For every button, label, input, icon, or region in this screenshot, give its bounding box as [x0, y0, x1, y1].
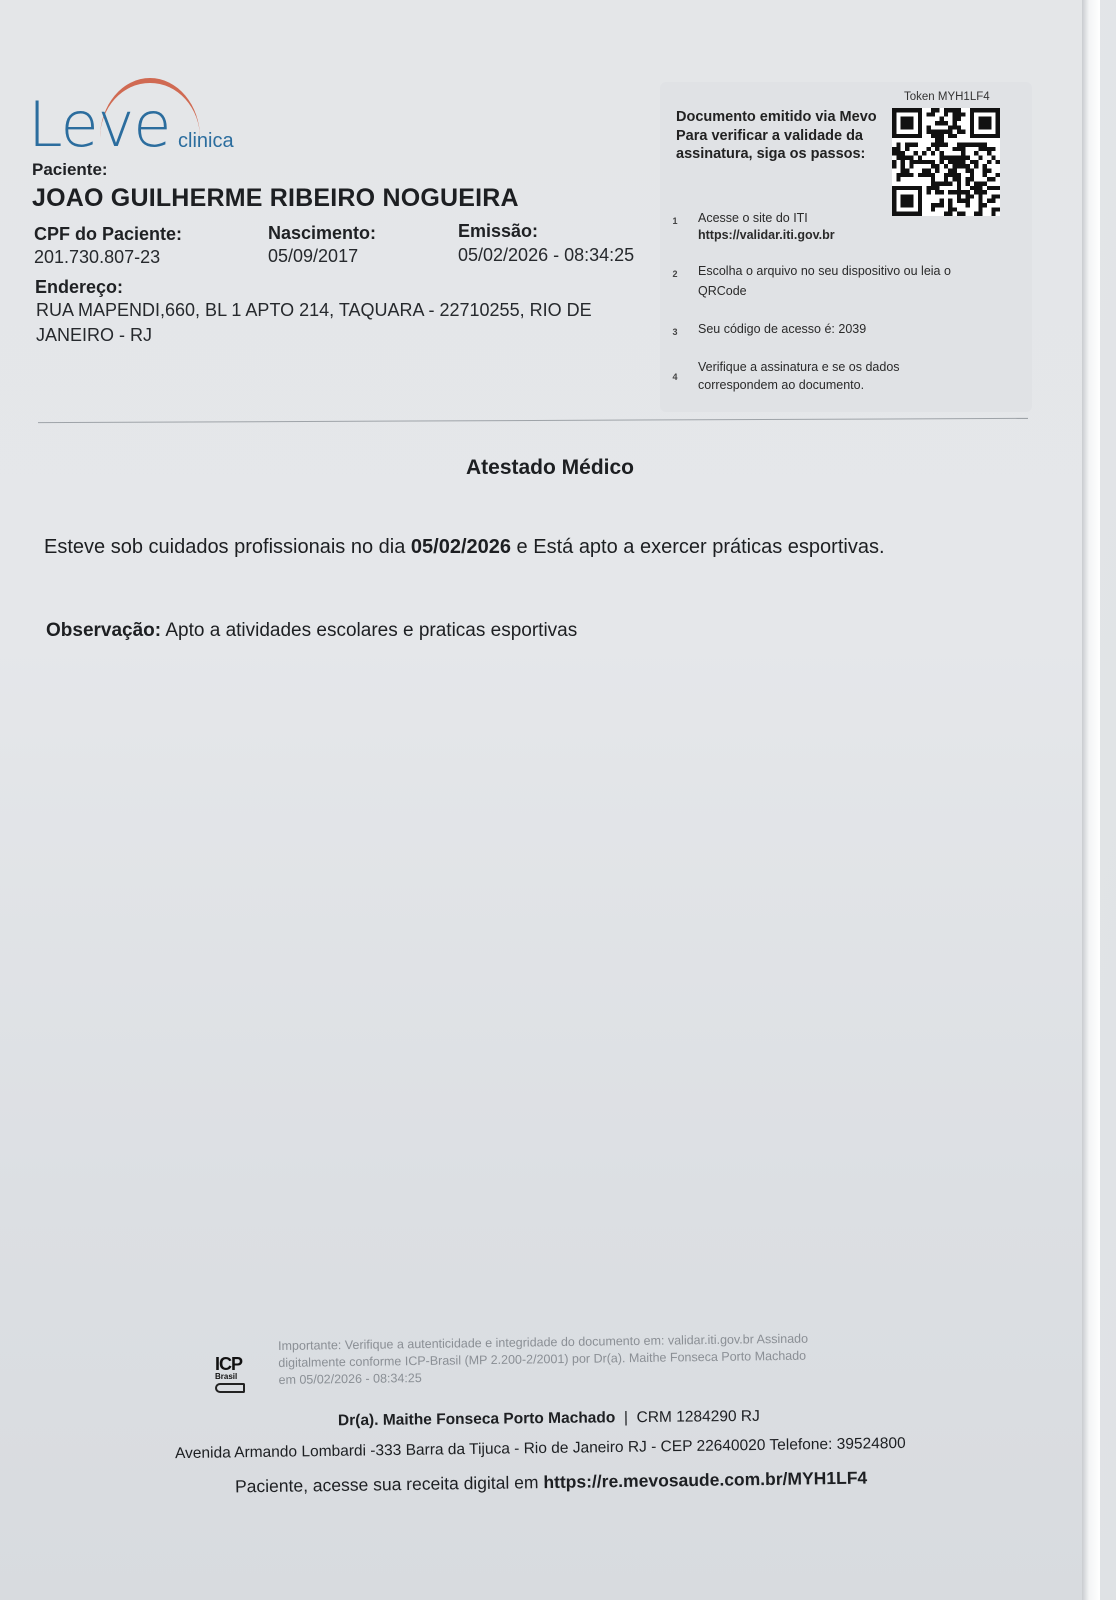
statement-text: Esteve sob cuidados profissionais no dia… — [44, 536, 885, 559]
step-text: Acesse o site do ITI — [698, 210, 808, 227]
address-line-1: RUA MAPENDI,660, BL 1 APTO 214, TAQUARA … — [36, 300, 592, 321]
token-label: Token MYH1LF4 — [904, 91, 990, 103]
birth-label: Nascimento: — [268, 223, 376, 244]
key-icon — [215, 1383, 245, 1393]
cpf-label: CPF do Paciente: — [34, 224, 182, 245]
address-line-2: JANEIRO - RJ — [36, 325, 152, 346]
step-number: 4 — [668, 369, 682, 386]
step-text: Verifique a assinatura e se os dados — [698, 359, 900, 376]
header-divider — [38, 418, 1028, 423]
verification-title: Documento emitido via Mevo Para verifica… — [676, 108, 877, 164]
step-number: 1 — [668, 213, 682, 230]
verification-title-line: assinatura, siga os passos: — [676, 145, 877, 164]
logo-sub: clinica — [178, 130, 234, 153]
step-text: Seu código de acesso é: 2039 — [698, 321, 866, 338]
patient-label: Paciente: — [32, 160, 108, 180]
icp-logo-text: ICP — [215, 1356, 255, 1372]
icp-logo-sub: Brasil — [215, 1372, 255, 1381]
cpf-value: 201.730.807-23 — [34, 247, 160, 268]
doctor-crm: CRM 1284290 RJ — [636, 1408, 759, 1426]
step-text: QRCode — [698, 283, 747, 300]
statement-date: 05/02/2026 — [411, 536, 511, 558]
step-text: Escolha o arquivo no seu dispositivo ou … — [698, 263, 951, 280]
observation-label: Observação: — [46, 620, 161, 641]
signature-notice: Importante: Verifique a autenticidade e … — [278, 1331, 809, 1389]
separator: | — [615, 1409, 636, 1426]
access-link[interactable]: https://re.mevosaude.com.br/MYH1LF4 — [543, 1468, 867, 1493]
logo-word: Leve — [28, 88, 170, 161]
clinic-address: Avenida Armando Lombardi -333 Barra da T… — [175, 1435, 906, 1463]
step-link[interactable]: https://validar.iti.gov.br — [698, 227, 835, 244]
document-page: Leve clinica Paciente: JOAO GUILHERME RI… — [0, 0, 1100, 1600]
page-edge — [1082, 0, 1100, 1600]
issue-label: Emissão: — [458, 221, 538, 242]
observation-value: Apto a atividades escolares e praticas e… — [161, 620, 577, 641]
access-prefix: Paciente, acesse sua receita digital em — [235, 1472, 544, 1496]
issue-value: 05/02/2026 - 08:34:25 — [458, 245, 634, 266]
document-title: Atestado Médico — [0, 456, 1100, 480]
doctor-signature: Dr(a). Maithe Fonseca Porto Machado | CR… — [338, 1408, 760, 1430]
clinic-logo: Leve clinica — [28, 74, 258, 164]
observation-text: Observação: Apto a atividades escolares … — [46, 620, 577, 642]
step-number: 3 — [668, 324, 682, 341]
digital-access-text: Paciente, acesse sua receita digital em … — [235, 1468, 867, 1498]
statement-suffix: e Está apto a exercer práticas esportiva… — [511, 536, 885, 558]
step-text: correspondem ao documento. — [698, 377, 864, 394]
qr-code-icon[interactable] — [892, 108, 1000, 216]
step-number: 2 — [668, 266, 682, 283]
verification-panel: Documento emitido via Mevo Para verifica… — [660, 82, 1032, 412]
statement-prefix: Esteve sob cuidados profissionais no dia — [44, 536, 411, 558]
patient-name: JOAO GUILHERME RIBEIRO NOGUEIRA — [32, 184, 519, 213]
address-label: Endereço: — [35, 277, 123, 298]
verification-title-line: Para verificar a validade da — [676, 127, 877, 146]
doctor-name: Dr(a). Maithe Fonseca Porto Machado — [338, 1409, 615, 1429]
icp-brasil-logo: ICP Brasil — [215, 1356, 255, 1404]
birth-value: 05/09/2017 — [268, 246, 358, 267]
verification-title-line: Documento emitido via Mevo — [676, 108, 877, 127]
